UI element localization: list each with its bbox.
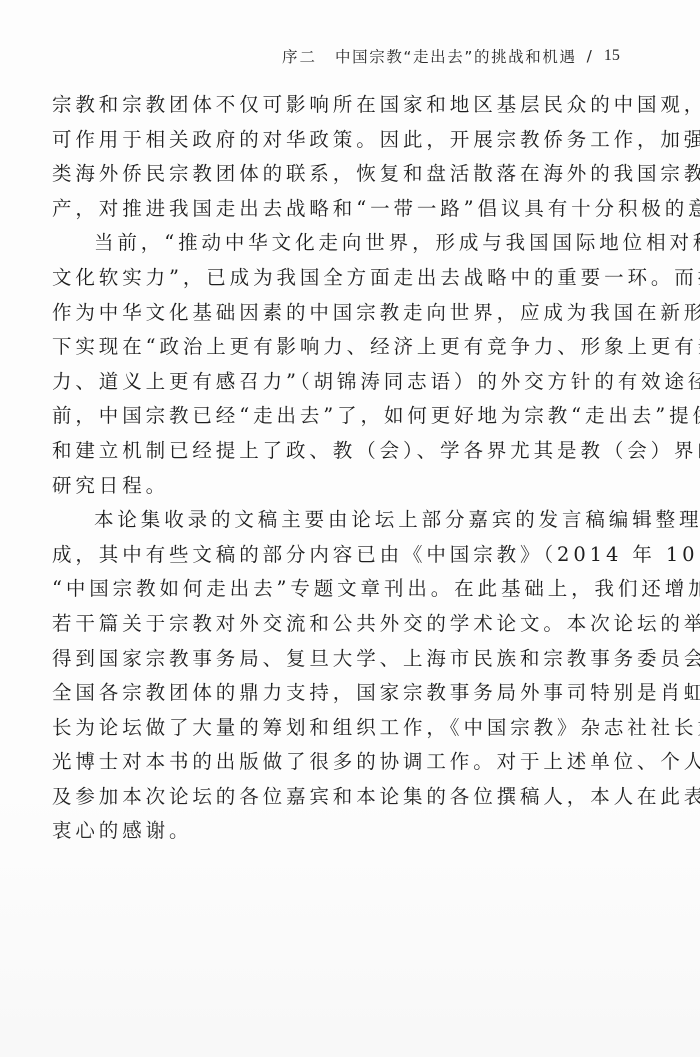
text-line: 光博士对本书的出版做了很多的协调工作。对于上述单位、个人以 [52,745,608,780]
text-line: 衷心的感谢。 [52,814,608,849]
text-line: 本论集收录的文稿主要由论坛上部分嘉宾的发言稿编辑整理而 [52,503,608,538]
text-line: 若干篇关于宗教对外交流和公共外交的学术论文。本次论坛的举办 [52,607,608,642]
text-line: 作为中华文化基础因素的中国宗教走向世界，应成为我国在新形势 [52,296,608,331]
paragraph-1: 宗教和宗教团体不仅可影响所在国家和地区基层民众的中国观，也 可作用于相关政府的对… [52,88,608,226]
paragraph-3: 本论集收录的文稿主要由论坛上部分嘉宾的发言稿编辑整理而 成，其中有些文稿的部分内… [52,503,608,849]
running-header: 序二 中国宗教“走出去”的挑战和机遇 / 15 [282,44,662,68]
text-line: 产，对推进我国走出去战略和“一带一路”倡议具有十分积极的意义。 [52,192,608,227]
text-line: 下实现在“政治上更有影响力、经济上更有竞争力、形象上更有亲和 [52,330,608,365]
paragraph-2: 当前，“推动中华文化走向世界，形成与我国国际地位相对称的 文化软实力”，已成为我… [52,226,608,503]
text-line: 可作用于相关政府的对华政策。因此，开展宗教侨务工作，加强与各 [52,123,608,158]
text-line: 文化软实力”，已成为我国全方面走出去战略中的重要一环。而推动 [52,261,608,296]
text-line: 及参加本次论坛的各位嘉宾和本论集的各位撰稿人，本人在此表示 [52,780,608,815]
page-number: 15 [604,47,620,65]
text-line: 全国各宗教团体的鼎力支持，国家宗教事务局外事司特别是肖虹司 [52,676,608,711]
text-line: 前，中国宗教已经“走出去”了，如何更好地为宗教“走出去”提供服务 [52,399,608,434]
chapter-title: 中国宗教“走出去”的挑战和机遇 [335,45,577,67]
text-line: “中国宗教如何走出去”专题文章刊出。在此基础上，我们还增加了 [52,572,608,607]
text-line: 类海外侨民宗教团体的联系，恢复和盘活散落在海外的我国宗教遗 [52,157,608,192]
text-line: 成，其中有些文稿的部分内容已由《中国宗教》（2014 年 10 月）作为 [52,538,608,573]
body-text: 宗教和宗教团体不仅可影响所在国家和地区基层民众的中国观，也 可作用于相关政府的对… [52,88,608,849]
text-line: 研究日程。 [52,469,608,504]
text-line: 和建立机制已经提上了政、教（会）、学各界尤其是教（会）界的议事和 [52,434,608,469]
header-separator: / [587,47,592,65]
text-line: 长为论坛做了大量的筹划和组织工作，《中国宗教》杂志社社长刘金 [52,711,608,746]
text-line: 力、道义上更有感召力”（胡锦涛同志语）的外交方针的有效途径。当 [52,365,608,400]
text-line: 宗教和宗教团体不仅可影响所在国家和地区基层民众的中国观，也 [52,88,608,123]
section-label: 序二 [282,45,317,67]
book-page: 序二 中国宗教“走出去”的挑战和机遇 / 15 宗教和宗教团体不仅可影响所在国家… [0,0,700,1057]
text-line: 当前，“推动中华文化走向世界，形成与我国国际地位相对称的 [52,226,608,261]
text-line: 得到国家宗教事务局、复旦大学、上海市民族和宗教事务委员会以及 [52,642,608,677]
